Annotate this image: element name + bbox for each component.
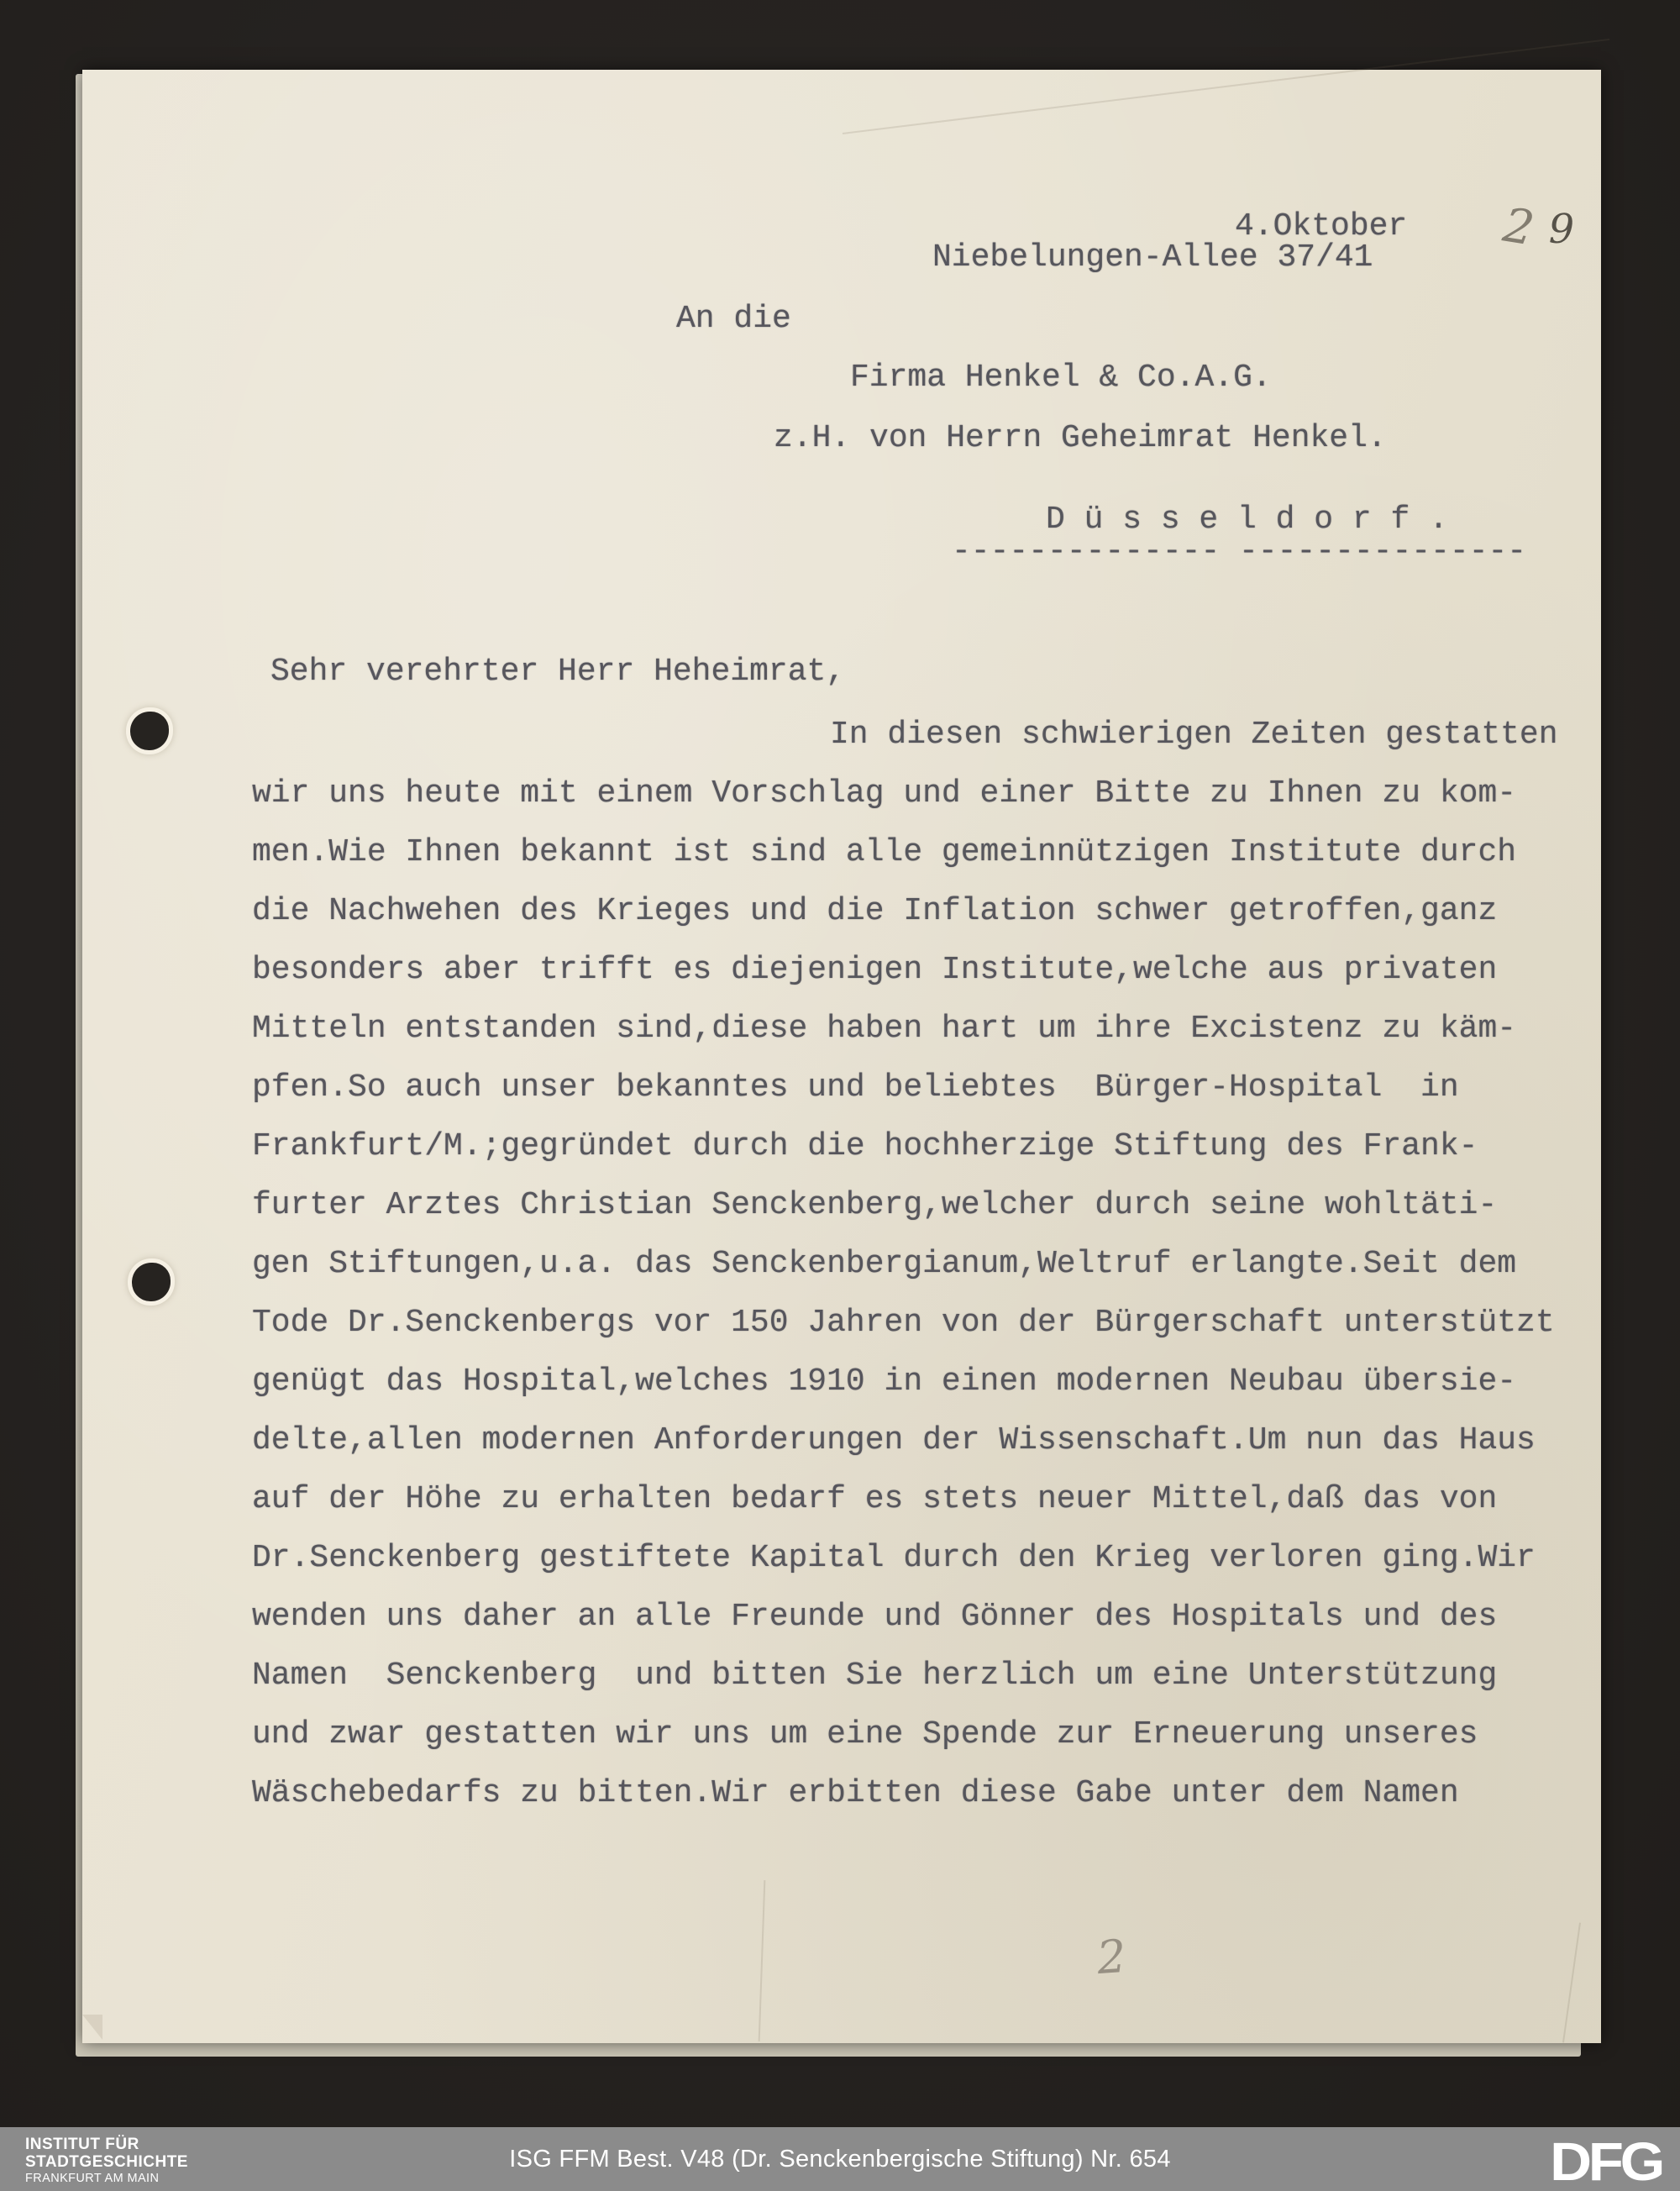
body-line: gen Stiftungen,u.a. das Senckenbergianum…	[252, 1235, 1596, 1294]
body-line: und zwar gestatten wir uns um eine Spend…	[252, 1705, 1596, 1764]
body-line: In diesen schwierigen Zeiten gestatten	[252, 706, 1596, 764]
pencil-folio-second: 9	[1549, 206, 1575, 253]
typed-city-underline: -------------- ---------------	[952, 533, 1526, 570]
letter-page: 29 4.Oktober Niebelungen-Allee 37/41 An …	[82, 70, 1601, 2043]
body-line: Namen Senckenberg und bitten Sie herzlic…	[252, 1647, 1596, 1705]
dog-ear-fold	[82, 2015, 102, 2040]
typed-city: D ü s s e l d o r f .	[1046, 502, 1448, 538]
archive-reference: ISG FFM Best. V48 (Dr. Senckenbergische …	[0, 2146, 1680, 2173]
crease-bottom-right	[1562, 1923, 1581, 2043]
body-line: wir uns heute mit einem Vorschlag und ei…	[252, 764, 1596, 823]
pencil-page-number: 2	[1095, 1930, 1128, 1984]
crease-bottom-center	[759, 1880, 766, 2041]
dfg-logo: DFG	[1550, 2131, 1662, 2191]
pencil-folio-annotation: 29	[1504, 200, 1574, 255]
body-line: besonders aber trifft es diejenigen Inst…	[252, 941, 1596, 1000]
typed-street-line: Niebelungen-Allee 37/41	[932, 239, 1373, 276]
typed-an-die: An die	[676, 301, 791, 337]
body-line: die Nachwehen des Krieges und die Inflat…	[252, 882, 1596, 941]
pencil-folio-first: 2	[1499, 198, 1537, 257]
body-line: Mitteln entstanden sind,diese haben hart…	[252, 1000, 1596, 1059]
body-line: Frankfurt/M.;gegründet durch die hochher…	[252, 1117, 1596, 1176]
salutation-line: Sehr verehrter Herr Heheimrat,	[270, 654, 845, 690]
body-line: Dr.Senckenberg gestiftete Kapital durch …	[252, 1529, 1596, 1588]
body-line: auf der Höhe zu erhalten bedarf es stets…	[252, 1470, 1596, 1529]
body-line: delte,allen modernen Anforderungen der W…	[252, 1411, 1596, 1470]
typed-attention: z.H. von Herrn Geheimrat Henkel.	[774, 420, 1387, 456]
footer-bar: INSTITUT FÜR STADTGESCHICHTE FRANKFURT A…	[0, 2127, 1680, 2191]
body-line: Wäschebedarfs zu bitten.Wir erbitten die…	[252, 1764, 1596, 1823]
body-line: Tode Dr.Senckenbergs vor 150 Jahren von …	[252, 1294, 1596, 1353]
body-line: furter Arztes Christian Senckenberg,welc…	[252, 1176, 1596, 1235]
body-line: genügt das Hospital,welches 1910 in eine…	[252, 1353, 1596, 1411]
letter-body: In diesen schwierigen Zeiten gestatten w…	[252, 706, 1596, 1823]
body-line: men.Wie Ihnen bekannt ist sind alle geme…	[252, 823, 1596, 882]
punch-hole-bottom	[132, 1263, 171, 1301]
punch-hole-top	[130, 712, 169, 750]
archive-scan-viewer: 29 4.Oktober Niebelungen-Allee 37/41 An …	[0, 0, 1680, 2191]
body-line: wenden uns daher an alle Freunde und Gön…	[252, 1588, 1596, 1647]
typed-firm: Firma Henkel & Co.A.G.	[850, 360, 1272, 396]
body-line: pfen.So auch unser bekanntes und beliebt…	[252, 1059, 1596, 1117]
crease-top-right	[843, 39, 1609, 134]
